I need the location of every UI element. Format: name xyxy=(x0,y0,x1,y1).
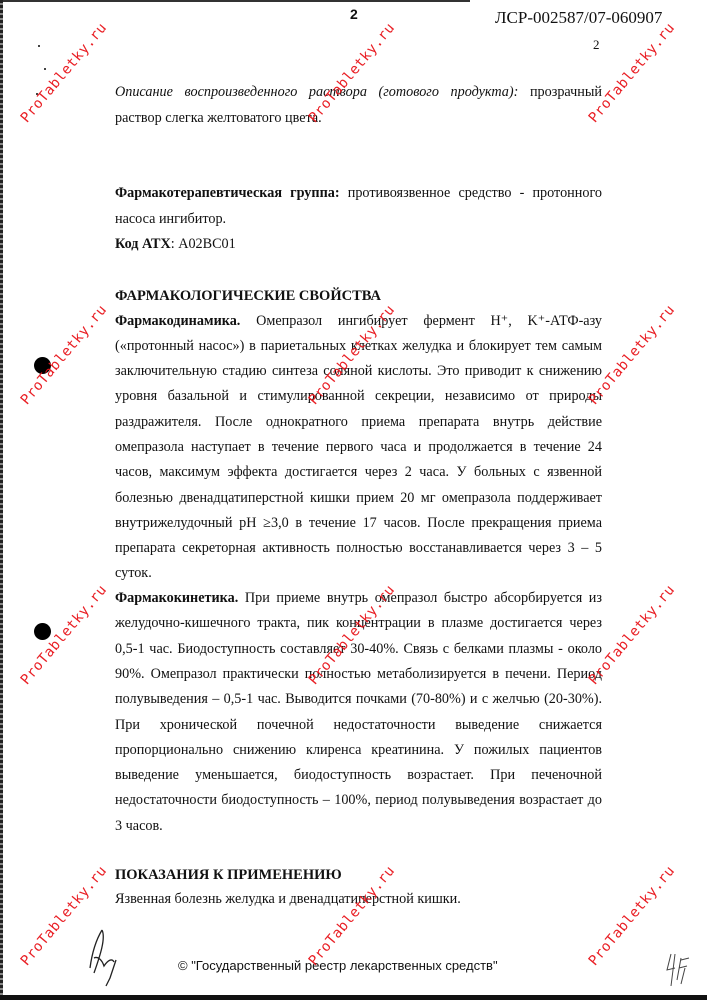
pharmacokinetics-line: выведение уменьшается, биодоступность во… xyxy=(115,766,602,784)
pharmacokinetics-line: 0,5-1 час. Биодоступность составляет 30-… xyxy=(115,640,602,658)
signature-icon xyxy=(82,928,122,988)
atc-code: Код АТХ: A02BC01 xyxy=(115,235,602,253)
pharmacokinetics-line: 3 часов. xyxy=(115,817,602,835)
scan-edge-bottom xyxy=(0,995,707,1000)
pharmacodynamics-line: уровня базальной и стимулированной секре… xyxy=(115,387,602,405)
page-number-right: 2 xyxy=(593,37,600,53)
pharmacodynamics-line: Фармакодинамика. Омепразол ингибирует фе… xyxy=(115,312,602,330)
pharmacodynamics-line: заключительную стадию синтеза соляной ки… xyxy=(115,362,602,380)
scan-edge-left xyxy=(0,0,3,995)
pharmacodynamics-text: Омепразол ингибирует фермент H⁺, K⁺-АТФ-… xyxy=(256,313,602,329)
pharmacodynamics-label: Фармакодинамика. xyxy=(115,313,240,329)
copyright-footer: © "Государственный реестр лекарственных … xyxy=(178,958,498,973)
description-line-1: Описание воспроизведенного раствора (гот… xyxy=(115,83,602,101)
description-text: прозрачный xyxy=(530,84,602,100)
bullet-dot xyxy=(34,623,51,640)
pharm-group-label: Фармакотерапевтическая группа: xyxy=(115,185,340,201)
pharmacodynamics-line: болезнью двенадцатиперстной кишки прием … xyxy=(115,489,602,507)
scan-speck xyxy=(38,45,40,47)
description-line-2: раствор слегка желтоватого цвета. xyxy=(115,109,602,127)
watermark: ProTabletky.ru xyxy=(18,20,111,126)
section-heading-indications: ПОКАЗАНИЯ К ПРИМЕНЕНИЮ xyxy=(115,866,602,884)
section-heading-pharmacological-properties: ФАРМАКОЛОГИЧЕСКИЕ СВОЙСТВА xyxy=(115,287,602,305)
pharmacokinetics-line: недостаточности биодоступность – 100%, п… xyxy=(115,791,602,809)
scan-speck xyxy=(44,68,46,70)
watermark: ProTabletky.ru xyxy=(18,582,111,688)
description-label: Описание воспроизведенного раствора (гот… xyxy=(115,84,518,100)
pharmacokinetics-line: При хронической почечной недостаточности… xyxy=(115,716,602,734)
pharmacodynamics-line: часов, максимум эффекта достигается чере… xyxy=(115,463,602,481)
watermark: ProTabletky.ru xyxy=(586,20,679,126)
registration-number: ЛСР-002587/07-060907 xyxy=(495,8,662,28)
pharmacodynamics-line: препарата секреторная активность полност… xyxy=(115,539,602,557)
pharmacokinetics-line: Фармакокинетика. При приеме внутрь омепр… xyxy=(115,589,602,607)
pharm-group-line-2: насоса ингибитор. xyxy=(115,210,602,228)
scan-edge-top xyxy=(0,0,470,2)
pharmacodynamics-line: внутрижелудочный pH ≥3,0 в течение 17 ча… xyxy=(115,514,602,532)
pharmacokinetics-line: 90%. Омепразол практически полностью мет… xyxy=(115,665,602,683)
pharmacodynamics-line: суток. xyxy=(115,564,602,582)
atc-code-label: Код АТХ xyxy=(115,236,171,252)
pharm-group-line-1: Фармакотерапевтическая группа: противояз… xyxy=(115,184,602,202)
page-number-center: 2 xyxy=(350,6,358,22)
watermark: ProTabletky.ru xyxy=(18,302,111,408)
pharm-group-text: противоязвенное средство - протонного xyxy=(348,185,602,201)
atc-code-value: : A02BC01 xyxy=(171,236,236,252)
pharmacokinetics-line: полувыведения – 0,5-1 час. Выводится поч… xyxy=(115,690,602,708)
initials-icon xyxy=(663,950,693,990)
pharmacokinetics-label: Фармакокинетика. xyxy=(115,590,238,606)
pharmacodynamics-line: омепразола наступает в течение первого ч… xyxy=(115,438,602,456)
pharmacokinetics-text: При приеме внутрь омепразол быстро абсор… xyxy=(245,590,602,606)
pharmacodynamics-line: раздражителя. После однократного приема … xyxy=(115,413,602,431)
pharmacokinetics-line: пропорционально снижению клиренса креати… xyxy=(115,741,602,759)
